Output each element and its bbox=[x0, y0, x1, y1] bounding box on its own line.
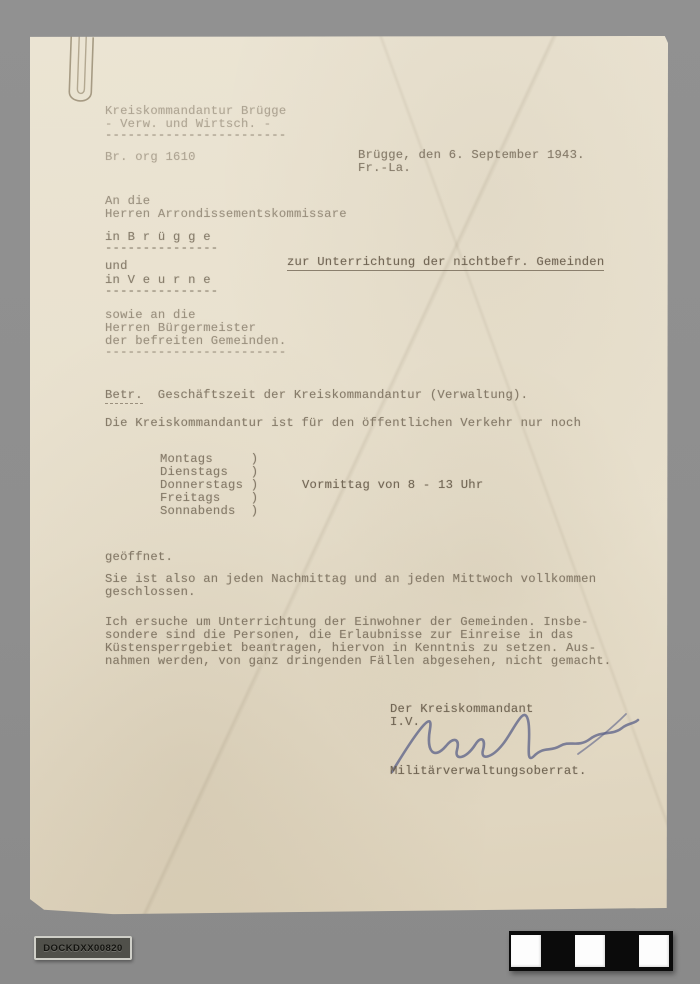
calibration-square-black-2 bbox=[607, 935, 637, 967]
calibration-bar bbox=[509, 931, 673, 971]
calibration-square-white-1 bbox=[511, 935, 541, 967]
sender-underline: ------------------------ bbox=[105, 129, 286, 142]
schedule-row-saturday: Sonnabends ) bbox=[160, 505, 258, 518]
city-veurne-underline: --------------- bbox=[105, 285, 218, 298]
body-opened: geöffnet. bbox=[105, 551, 173, 564]
schedule-time: Vormittag von 8 - 13 Uhr bbox=[302, 479, 483, 492]
calibration-square-white-2 bbox=[575, 935, 605, 967]
subject-text: Geschäftszeit der Kreiskommandantur (Ver… bbox=[158, 388, 528, 402]
recipient-commissars: Herren Arrondissementskommissare bbox=[105, 208, 347, 221]
subject-line: Betr.Geschäftszeit der Kreiskommandantur… bbox=[105, 389, 528, 402]
calibration-square-white-3 bbox=[639, 935, 669, 967]
subject-label: Betr. bbox=[105, 388, 143, 404]
closing-role: Militärverwaltungsoberrat. bbox=[390, 765, 587, 778]
recipient-conjunction: und bbox=[105, 260, 128, 273]
request-para-4: nahmen werden, von ganz dringenden Fälle… bbox=[105, 655, 611, 668]
city-bruegge-underline: --------------- bbox=[105, 242, 218, 255]
clerk-initials: Fr.-La. bbox=[358, 162, 411, 175]
archive-label: DOCKDXX00820 bbox=[34, 936, 132, 960]
calibration-square-black-1 bbox=[543, 935, 573, 967]
paperclip-icon bbox=[57, 31, 110, 113]
document-page: Kreiskommandantur Brügge - Verw. und Wir… bbox=[30, 36, 668, 915]
archive-label-code: DOCKDXX00820 bbox=[43, 943, 123, 954]
sender-reference: Br. org 1610 bbox=[105, 151, 196, 164]
side-note-text: zur Unterrichtung der nichtbefr. Gemeind… bbox=[287, 255, 604, 271]
also-recipients-underline: ------------------------ bbox=[105, 346, 286, 359]
body-opening: Die Kreiskommandantur ist für den öffent… bbox=[105, 417, 581, 430]
side-note: zur Unterrichtung der nichtbefr. Gemeind… bbox=[287, 256, 604, 269]
photo-backdrop: Kreiskommandantur Brügge - Verw. und Wir… bbox=[0, 0, 700, 984]
closed-para-2: geschlossen. bbox=[105, 586, 196, 599]
